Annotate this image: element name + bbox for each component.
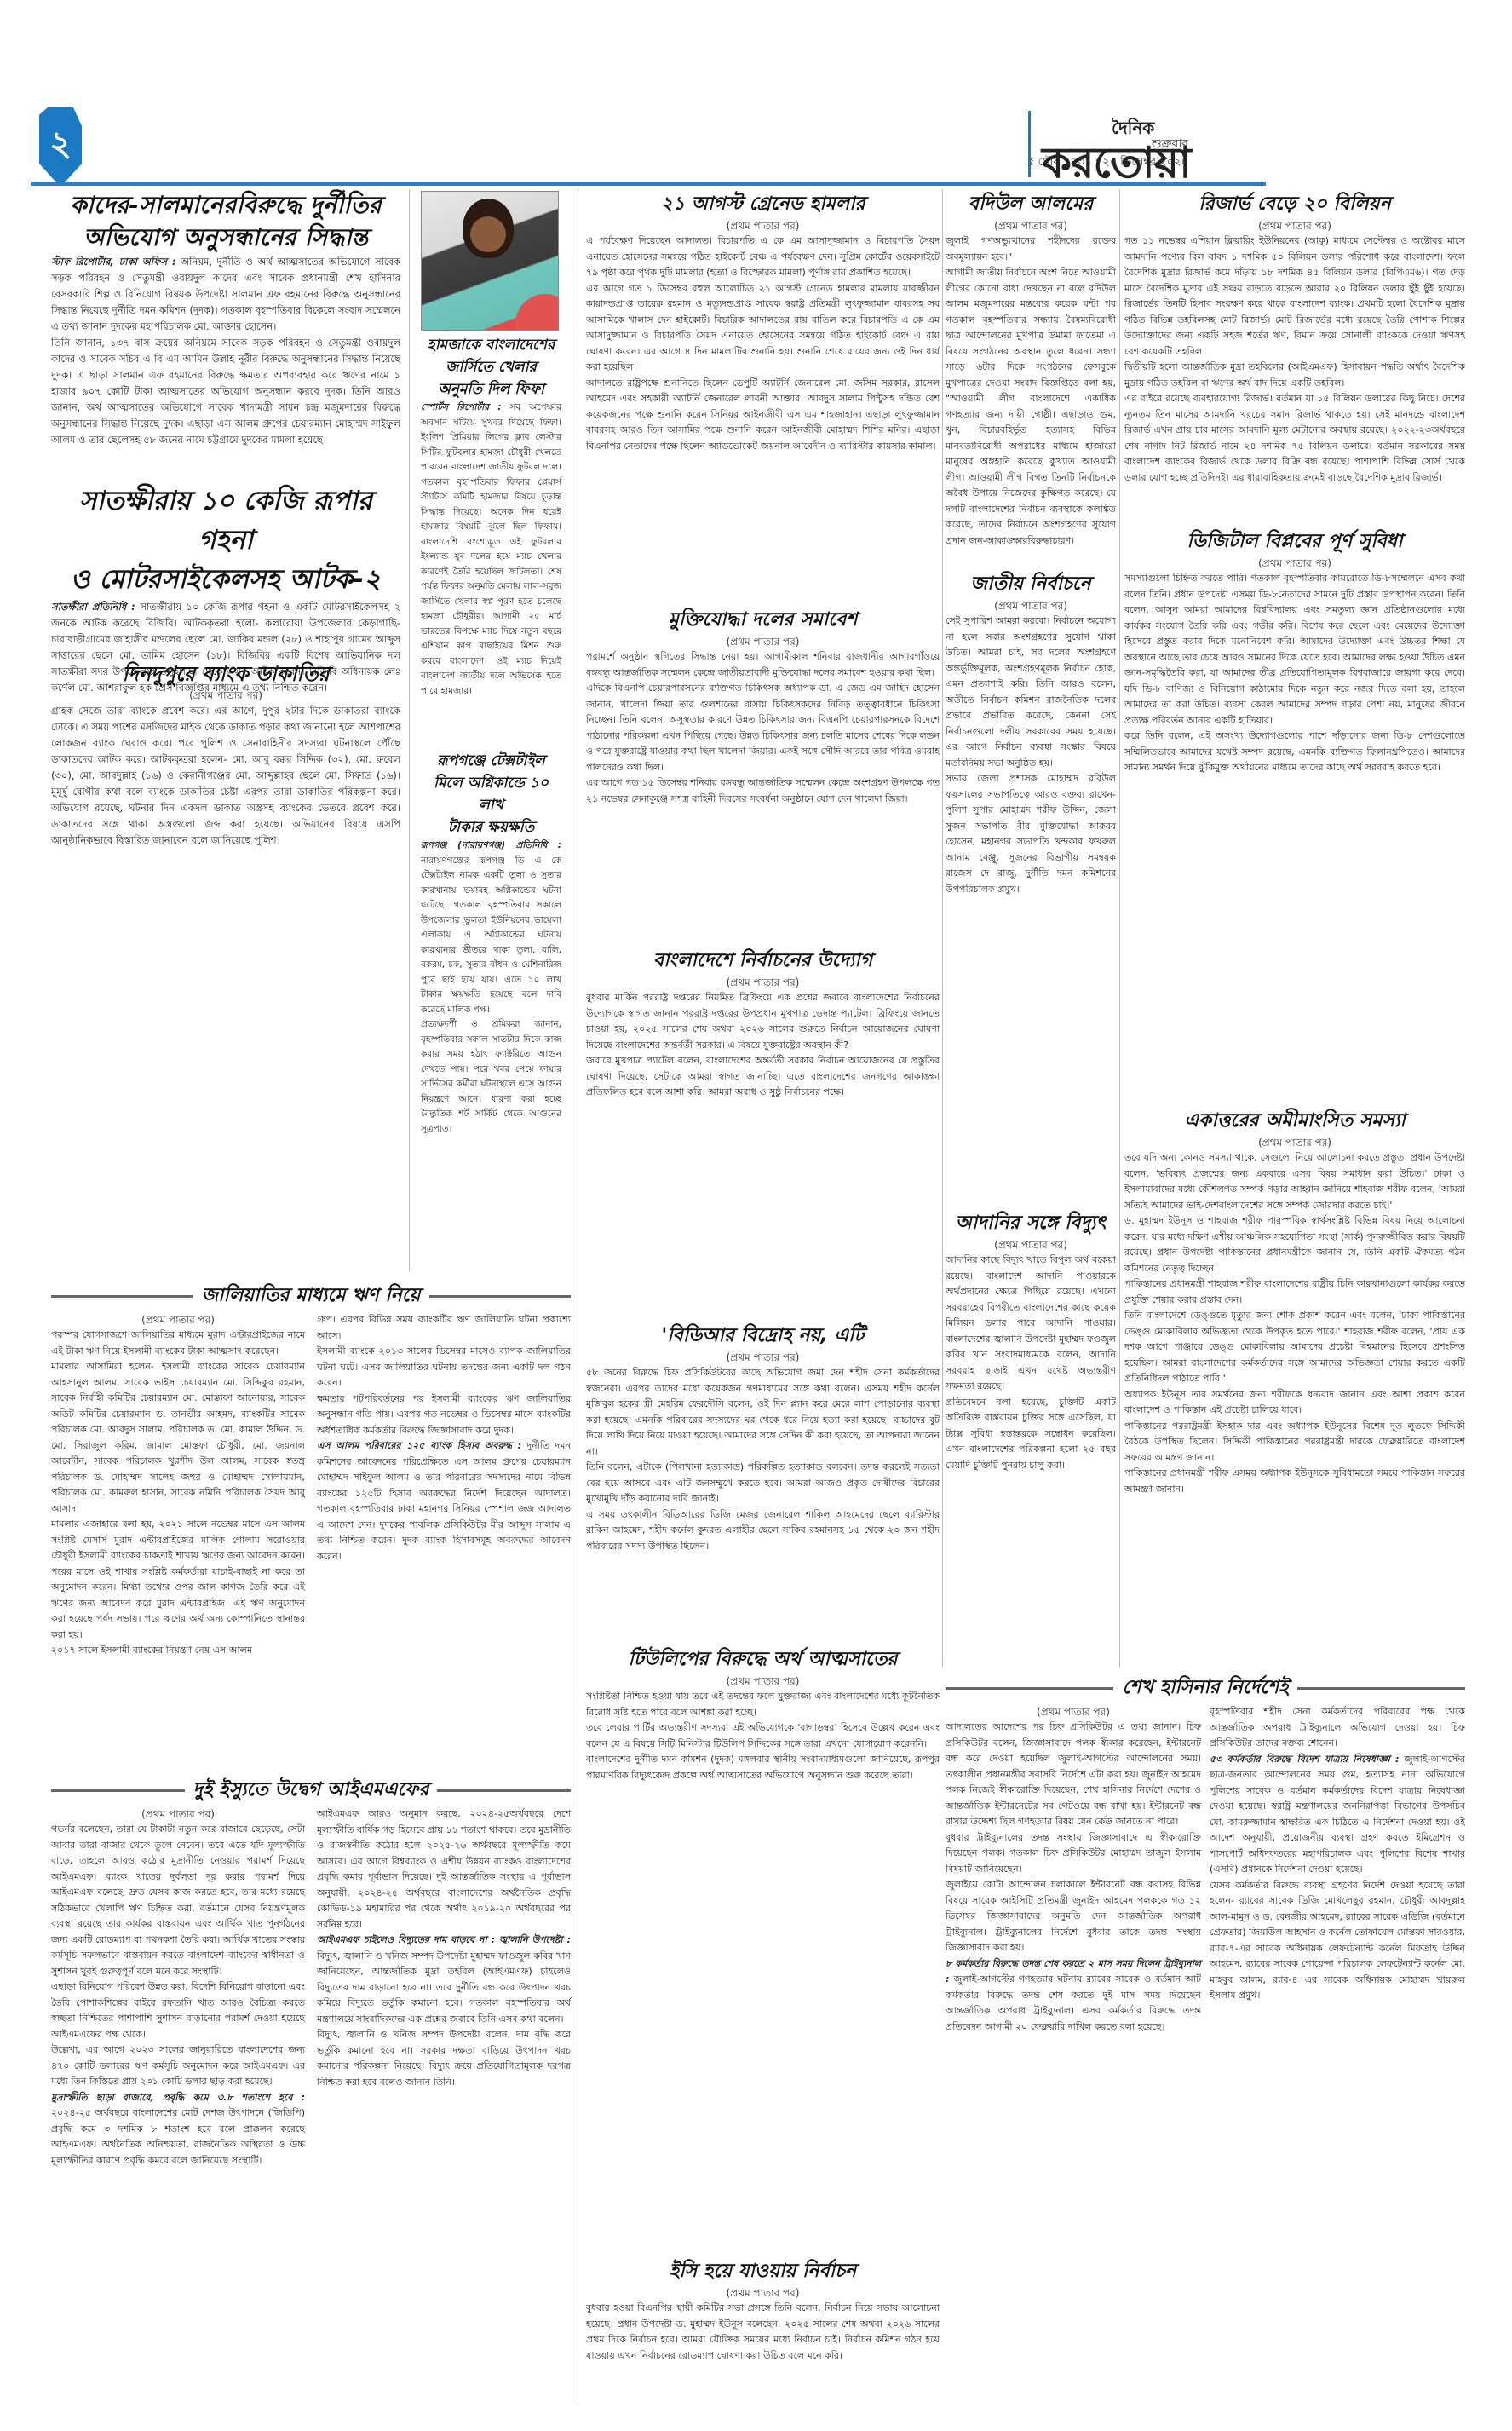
headline: সাতক্ষীরায় ১০ কেজি রূপার গহনা (51, 481, 400, 560)
headline: রূপগঞ্জে টেক্সটাইল (421, 750, 561, 772)
headline-row: দুই ইস্যুতে উদ্বেগ আইএমএফের (51, 1777, 571, 1804)
headline: অভিযোগ অনুসন্ধানের সিদ্ধান্ত (51, 222, 400, 254)
newspaper-page: ২ শুক্রবার ৫ পৌষ ১৪৩১ : ২০ ডিসেম্বর ২০২৪… (0, 0, 1512, 2431)
article-body: সেই সুপারিশ আমরা করবো। নির্বাচনে অযোগ্য … (946, 614, 1116, 771)
article-imf: দুই ইস্যুতে উদ্বেগ আইএমএফের (51, 1777, 571, 1804)
hamza-photo (421, 191, 559, 331)
headline: দিনদুপুরে ব্যাংক ডাকাতির (51, 660, 400, 688)
loan-fraud-col-2: গ্রুপ। এরপর বিভিন্ন সময় ব্যাংকটির ঋণ জা… (317, 1312, 571, 1564)
article-body: এছাড়া বিনিয়োগ পরিবেশ উন্নত করা, বিদেশি… (51, 1979, 305, 2042)
headline: ও মোটরসাইকেলসহ আটক-২ (51, 560, 400, 599)
article-body: পরস্পর যোগসাজশে জালিয়াতির মাধ্যমে মুরাদ… (51, 1328, 305, 1359)
continued-label: (প্রথম পাতার পর) (1124, 218, 1465, 233)
article-body: এর আগে গত ১৫ ডিসেম্বর শনিবার বঙ্গবন্ধু আ… (586, 775, 940, 807)
article-body: বাংলাদেশের দুর্নীতি দমন কমিশন (দুদক) মঙ্… (586, 1752, 940, 1783)
continued-label: (প্রথম পাতার পর) (946, 1704, 1201, 1720)
column-divider (578, 189, 578, 2405)
article-body: প্রতিবেদনে বলা হয়েছে, চুক্তিটি একটি অতি… (946, 1395, 1116, 1474)
article-body: এ পর্যবেক্ষণ দিয়েছেন আদালত। বিচারপতি এ … (586, 233, 940, 281)
continued-label: (প্রথম পাতার পর) (586, 218, 940, 233)
person-head (463, 199, 514, 258)
article-body: গভর্নর বলেছেন, তারা যে টাকাটা নতুন করে ব… (51, 1822, 305, 1979)
headline: অনুমতি দিল ফিফা (421, 378, 561, 400)
article-body: ইসলামী ব্যাংকে ২০১৩ সালের ডিসেম্বর মাসেও… (317, 1344, 571, 1391)
article-hamza: হামজাকে বাংলাদেশের জার্সিতে খেলার অনুমতি… (421, 334, 561, 699)
hasina-col-2: বৃহস্পতিবার শহীদ সেনা কর্মকর্তাদের পরিবা… (1210, 1704, 1465, 2004)
article-body: আইএমএফ আরও অনুমান করছে, ২০২৪-২৫অর্থবছরে … (317, 1806, 571, 1933)
article-dinajpur: দিনদুপুরে ব্যাংক ডাকাতির (প্রথম পাতার পর… (51, 660, 400, 849)
article-body: এর বাইরে রয়েছে ব্যবহারযোগ্য রিজার্ভ। বর… (1124, 391, 1465, 486)
article-grenade: ২১ আগস্ট গ্রেনেড হামলার (প্রথম পাতার পর)… (586, 191, 940, 454)
headline-row: শেখ হাসিনার নির্দেশেই (946, 1674, 1465, 1702)
article-kader: কাদের-সালমানেরবিরুদ্ধে দুর্নীতির অভিযোগ … (51, 189, 400, 448)
flag-red-disc (515, 294, 559, 331)
headline: কাদের-সালমানেরবিরুদ্ধে দুর্নীতির (51, 189, 400, 222)
article-body: বৃহস্পতিবার শহীদ সেনা কর্মকর্তাদের পরিবা… (1210, 1704, 1465, 1752)
article-body: যেসব কর্মকর্তার বিরুদ্ধে ব্যবস্থা গ্রহণে… (1210, 1878, 1465, 2004)
headline-rule (429, 1295, 571, 1298)
imf-col-1: (প্রথম পাতার পর) গভর্নর বলেছেন, তারা যে … (51, 1806, 305, 2169)
article-body: সভায় জেলা প্রশাসক মোহাম্মদ রবিউল ফয়সাল… (946, 771, 1116, 897)
article-election-us: বাংলাদেশে নির্বাচনের উদ্যোগ (প্রথম পাতার… (586, 948, 940, 1101)
article-body: বুধবার ট্রাইব্যুনালের তদন্ত সংস্থায় জিজ… (946, 1830, 1201, 1878)
article-unresolved-71: একাত্তরের অমীমাংসিত সমস্যা (প্রথম পাতার … (1124, 1108, 1465, 1497)
headline: দুই ইস্যুতে উদ্বেগ আইএমএফের (193, 1777, 429, 1804)
headline: 'বিডিআর বিদ্রোহ নয়, এটি (586, 1322, 940, 1350)
article-body: পরামর্শে অনুষ্ঠান স্থগিতের সিদ্ধান্ত নেয… (586, 649, 940, 681)
article-body: ৫৩ কর্মকর্তার বিরুদ্ধে বিদেশ যাত্রায় নি… (1210, 1752, 1465, 1878)
article-body: বিদ্যুৎ, জ্বালানি ও খনিজ সম্পদ উপদেষ্টা … (317, 2027, 571, 2090)
headline: মুক্তিযোদ্ধা দলের সমাবেশ (586, 607, 940, 634)
article-body: প্রত্যক্ষদর্শী ও শ্রমিকরা জানান, বৃহস্পত… (421, 1017, 561, 1137)
subhead: এস আলম পরিবারের ১২৫ ব্যাংক হিসাব অবরুদ্ধ… (317, 1440, 521, 1451)
headline: আদানির সঙ্গে বিদ্যুৎ (946, 1210, 1116, 1237)
article-body: গ্রাহক সেজে তারা ব্যাংকে প্রবেশ করে। এর … (51, 703, 400, 849)
article-national-election: জাতীয় নির্বাচনে (প্রথম পাতার পর) সেই সু… (946, 571, 1116, 897)
article-body: এ সময় তৎকালীন বিডিআরের ডিজি মেজর জেনারে… (586, 1507, 940, 1555)
headline: মিলে অগ্নিকান্ডে ১০ লাখ (421, 772, 561, 816)
headline-rule (946, 1687, 1113, 1690)
byline: রূপগঞ্জ (নারায়ণগঞ্জ) প্রতিনিধি : (421, 840, 561, 850)
article-body: এর আগে গত ১ ডিসেম্বর বহুল আলোচিত ২১ আগস্… (586, 281, 940, 376)
article-body: তবে লেবার পার্টির অভ্যন্তরীণ সদস্যরা এই … (586, 1720, 940, 1752)
masthead-rule (31, 182, 1266, 186)
article-body: গত ১১ নভেম্বর এশিয়ান ক্লিয়ারিং ইউনিয়ন… (1124, 233, 1465, 360)
subhead: আইএমএফ চাইলেও বিদ্যুতের দাম বাড়বে না : … (317, 1934, 571, 1945)
article-body: সংশ্লিষ্টতা নিশ্চিত হওয়া যায় তবে এই তদ… (586, 1689, 940, 1720)
headline-rule (1297, 1687, 1465, 1690)
article-body: বুধবার মার্কিন পররাষ্ট্র দপ্তরের নিয়মিত… (586, 990, 940, 1053)
article-body: রূপগঞ্জ (নারায়ণগঞ্জ) প্রতিনিধি : নারায়… (421, 838, 561, 1017)
continued-label: (প্রথম পাতার পর) (946, 218, 1116, 233)
headline: জার্সিতে খেলার (421, 356, 561, 378)
masthead-divider (1028, 111, 1031, 177)
article-body: ৮ কর্মকর্তার বিরুদ্ধে তদন্ত শেষ করতে ২ ম… (946, 1956, 1201, 2036)
page-number: ২ (49, 117, 72, 174)
article-body: সমস্যাগুলো চিহ্নিত করতে পারি। গতকাল বৃহস… (1124, 571, 1465, 729)
continued-label: (প্রথম পাতার পর) (586, 975, 940, 990)
continued-label: (প্রথম পাতার পর) (946, 1237, 1116, 1253)
article-body: ২০১৭ সালে ইসলামী ব্যাংকের নিয়ন্ত্রণ নেয… (51, 1643, 305, 1659)
byline: স্পোর্টস রিপোর্টার : (421, 402, 502, 412)
article-body: এস আলম পরিবারের ১২৫ ব্যাংক হিসাব অবরুদ্ধ… (317, 1438, 571, 1564)
headline: জালিয়াতির মাধ্যমে ঋণ নিয়ে (201, 1282, 420, 1310)
headline-rule (51, 1789, 185, 1792)
subhead: মুদ্রাস্ফীতি ছাড়া বাজারে, প্রবৃদ্ধি কমে… (51, 2092, 305, 2103)
article-body: আদানির কাছে বিদ্যুৎ খাতে বিপুল অর্থ বকেয… (946, 1253, 1116, 1395)
article-body: গ্রুপ। এরপর বিভিন্ন সময় ব্যাংকটির ঋণ জা… (317, 1312, 571, 1344)
article-body: স্পোর্টস রিপোর্টার : সব অপেক্ষার অবসান ঘ… (421, 400, 561, 699)
article-body: ৫৮ জনের বিরুদ্ধে চিফ প্রসিকিউটরের কাছে অ… (586, 1365, 940, 1460)
article-body: উল্লেখ্য, এর আগে ২০২৩ সালের জানুয়ারিতে … (51, 2042, 305, 2090)
column-divider (1119, 189, 1120, 1668)
continued-label: (প্রথম পাতার পর) (586, 634, 940, 649)
headline-rule (51, 1295, 193, 1298)
article-body: তিনি জানান, ১৩৭ বাস ক্রয়ের অনিয়মে সাবে… (51, 335, 400, 448)
headline: টিউলিপের বিরুদ্ধে অর্থ আত্মসাতের (586, 1646, 940, 1673)
imf-col-2: আইএমএফ আরও অনুমান করছে, ২০২৪-২৫অর্থবছরে … (317, 1806, 571, 2090)
article-body: তবে যদি অন্য কোনও সমস্যা থাকে, সেগুলো নি… (1124, 1150, 1465, 1213)
column-divider (942, 189, 943, 1668)
article-body: আগামী জাতীয় নির্বাচনে অংশ নিতে আওয়ামী … (946, 265, 1116, 549)
article-body: পাকিস্তানের প্রধানমন্ত্রী শাহবাজ শরীফ বা… (1124, 1276, 1465, 1308)
headline: ২১ আগস্ট গ্রেনেড হামলার (586, 191, 940, 218)
continued-label: (প্রথম পাতার পর) (1124, 556, 1465, 571)
headline: বদিউল আলমের (946, 191, 1116, 218)
article-body: আইএমএফ চাইলেও বিদ্যুতের দাম বাড়বে না : … (317, 1933, 571, 2027)
hasina-col-1: (প্রথম পাতার পর) আদালতের আদেশের পর চিফ প… (946, 1704, 1201, 2035)
headline: ইসি হয়ে যাওয়ায় নির্বাচন (586, 2258, 940, 2285)
loan-fraud-col-1: (প্রথম পাতার পর) পরস্পর যোগসাজশে জালিয়া… (51, 1312, 305, 1659)
headline-rule (437, 1789, 571, 1792)
article-body: মুদ্রাস্ফীতি ছাড়া বাজারে, প্রবৃদ্ধি কমে… (51, 2090, 305, 2169)
article-rupganj: রূপগঞ্জে টেক্সটাইল মিলে অগ্নিকান্ডে ১০ ল… (421, 750, 561, 1137)
article-body: তিনি বাংলাদেশে ডেঙ্গুতে মৃত্যুর জন্য শোক… (1124, 1308, 1465, 1387)
article-tulip: টিউলিপের বিরুদ্ধে অর্থ আত্মসাতের (প্রথম … (586, 1646, 940, 1783)
headline: শেখ হাসিনার নির্দেশেই (1122, 1674, 1288, 1702)
article-body: আদালতে রাষ্ট্রপক্ষে শুনানিতে ছিলেন ডেপুট… (586, 376, 940, 455)
article-reserve: রিজার্ভ বেড়ে ২০ বিলিয়ন (প্রথম পাতার পর… (1124, 191, 1465, 486)
article-body: ড. মুহাম্মদ ইউনূস ও শাহবাজ শরীফ পারস্পরি… (1124, 1213, 1465, 1276)
article-body: জুলাই গণঅভ্যুত্থানের শহীদদের রক্তের অবমূ… (946, 233, 1116, 265)
continued-label: (প্রথম পাতার পর) (586, 2285, 940, 2301)
page-number-badge: ২ (39, 107, 82, 182)
subhead: ৫৩ কর্মকর্তার বিরুদ্ধে বিদেশ যাত্রায় নি… (1210, 1754, 1400, 1765)
article-body: দ্বিতীয়টি হলো আন্তর্জাতিক মুদ্রা তহবিলে… (1124, 360, 1465, 391)
article-freedom-fighters: মুক্তিযোদ্ধা দলের সমাবেশ (প্রথম পাতার পর… (586, 607, 940, 807)
headline: টাকার ক্ষয়ক্ষতি (421, 816, 561, 838)
newspaper-logo: দৈনিক করতোয়া (1035, 111, 1265, 179)
continued-label: (প্রথম পাতার পর) (946, 598, 1116, 614)
headline: হামজাকে বাংলাদেশের (421, 334, 561, 356)
headline: ডিজিটাল বিপ্লবের পূর্ণ সুবিধা (1124, 528, 1465, 556)
headline: জাতীয় নির্বাচনে (946, 571, 1116, 598)
headline: একাত্তরের অমীমাংসিত সমস্যা (1124, 1108, 1465, 1135)
article-body: আদালতের আদেশের পর চিফ প্রসিকিউটর এ তথ্য … (946, 1720, 1201, 1830)
article-body: অধ্যাপক ইউনূস তার সমর্থনের জন্য শরীফকে ধ… (1124, 1387, 1465, 1419)
article-body: পাকিস্তানের পররাষ্ট্রমন্ত্রী ইসহাক দার এ… (1124, 1419, 1465, 1466)
article-loan-fraud: জালিয়াতির মাধ্যমে ঋণ নিয়ে (51, 1282, 571, 1310)
article-body: বুধবার হওয়া বিএনপির স্থায়ী কমিটির সভা … (586, 2301, 940, 2364)
article-body: এদিকে বিএনপি চেয়ারপারসনের ব্যক্তিগত চিক… (586, 681, 940, 775)
byline: সাতক্ষীরা প্রতিনিধি : (51, 601, 135, 613)
headline: রিজার্ভ বেড়ে ২০ বিলিয়ন (1124, 191, 1465, 218)
column-divider (409, 189, 410, 1271)
article-body: মামলার এজাহারে বলা হয়, ২০২১ সালে নভেম্ব… (51, 1517, 305, 1643)
headline: বাংলাদেশে নির্বাচনের উদ্যোগ (586, 948, 940, 975)
article-body: করে তিনি বলেন, এই অসংখ্য উদ্যোগগুলোর পাশ… (1124, 729, 1465, 776)
article-bdr: 'বিডিআর বিদ্রোহ নয়, এটি (প্রথম পাতার পর… (586, 1322, 940, 1554)
article-body: জুলাইয়ে কোটা আন্দোলন চলাকালে ইন্টারনেট … (946, 1877, 1201, 1956)
continued-label: (প্রথম পাতার পর) (51, 1312, 305, 1328)
byline: স্টাফ রিপোর্টার, ঢাকা অফিস : (51, 256, 176, 268)
continued-label: (প্রথম পাতার পর) (51, 688, 400, 703)
continued-label: (প্রথম পাতার পর) (1124, 1135, 1465, 1150)
article-body: পাকিস্তানের প্রধানমন্ত্রী শরীফ এসময় অধ্… (1124, 1466, 1465, 1497)
continued-label: (প্রথম পাতার পর) (51, 1806, 305, 1822)
article-ec-election: ইসি হয়ে যাওয়ায় নির্বাচন (প্রথম পাতার … (586, 2258, 940, 2364)
article-adani: আদানির সঙ্গে বিদ্যুৎ (প্রথম পাতার পর) আদ… (946, 1210, 1116, 1473)
article-body: মামলার আসামিরা হলেন- ইসলামী ব্যাংকের সাব… (51, 1359, 305, 1517)
continued-label: (প্রথম পাতার পর) (586, 1350, 940, 1365)
article-body: জবাবে মুখপাত্র প্যাটেল বলেন, বাংলাদেশের … (586, 1053, 940, 1101)
article-digital: ডিজিটাল বিপ্লবের পূর্ণ সুবিধা (প্রথম পাত… (1124, 528, 1465, 776)
article-badiul: বদিউল আলমের (প্রথম পাতার পর) জুলাই গণঅভ্… (946, 191, 1116, 549)
article-body: তিনি বলেন, এটাকে (পিলখানা হত্যাকান্ড) পর… (586, 1460, 940, 1507)
headline-row: জালিয়াতির মাধ্যমে ঋণ নিয়ে (51, 1282, 571, 1310)
article-body: স্টাফ রিপোর্টার, ঢাকা অফিস : অনিয়ম, দুর… (51, 254, 400, 335)
article-body: ক্ষমতার পটপরিবর্তনের পর ইসলামী ব্যাংকের … (317, 1391, 571, 1439)
continued-label: (প্রথম পাতার পর) (586, 1673, 940, 1689)
article-hasina-order: শেখ হাসিনার নির্দেশেই (946, 1674, 1465, 1702)
